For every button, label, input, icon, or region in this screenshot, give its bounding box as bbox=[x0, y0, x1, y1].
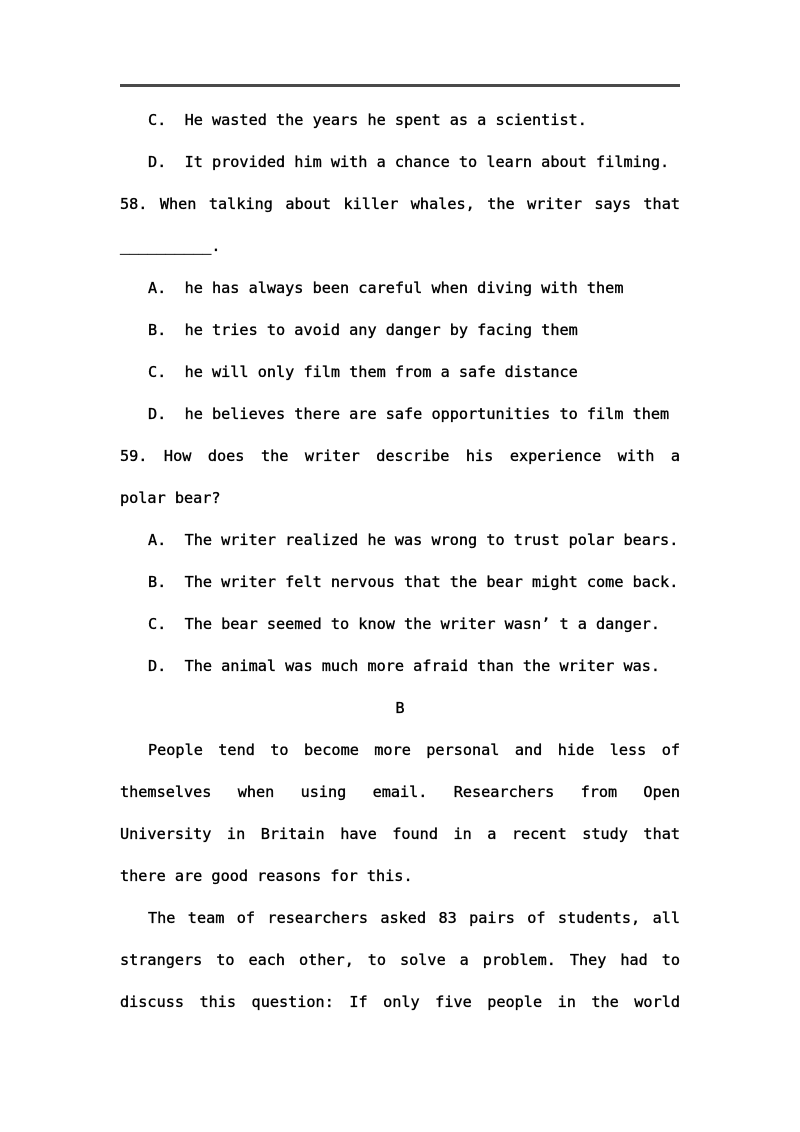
passage-b-para2-line1: The team of researchers asked 83 pairs o… bbox=[120, 897, 680, 939]
question-58: 58. When talking about killer whales, th… bbox=[120, 183, 680, 225]
question-59-option-a: A. The writer realized he was wrong to t… bbox=[120, 519, 680, 561]
question-58-option-a: A. he has always been careful when divin… bbox=[120, 267, 680, 309]
question-59: 59. How does the writer describe his exp… bbox=[120, 435, 680, 477]
document-page: C. He wasted the years he spent as a sci… bbox=[0, 0, 800, 1132]
passage-b-para2-line3: discuss this question: If only five peop… bbox=[120, 981, 680, 1023]
passage-b-para1-line4: there are good reasons for this. bbox=[120, 855, 680, 897]
section-heading-b: B bbox=[120, 687, 680, 729]
question-58-option-b: B. he tries to avoid any danger by facin… bbox=[120, 309, 680, 351]
question-59-option-b: B. The writer felt nervous that the bear… bbox=[120, 561, 680, 603]
passage-b-para1-line1: People tend to become more personal and … bbox=[120, 729, 680, 771]
question-58-option-d: D. he believes there are safe opportunit… bbox=[120, 393, 680, 435]
question-59-option-c: C. The bear seemed to know the writer wa… bbox=[120, 603, 680, 645]
passage-b-para1-line2: themselves when using email. Researchers… bbox=[120, 771, 680, 813]
question-58-blank: __________. bbox=[120, 225, 680, 267]
passage-b-para2-line2: strangers to each other, to solve a prob… bbox=[120, 939, 680, 981]
document-content: C. He wasted the years he spent as a sci… bbox=[120, 84, 680, 1023]
header-rule bbox=[120, 84, 680, 87]
question-58-option-c: C. he will only film them from a safe di… bbox=[120, 351, 680, 393]
question-59-option-d: D. The animal was much more afraid than … bbox=[120, 645, 680, 687]
prev-question-option-d: D. It provided him with a chance to lear… bbox=[120, 141, 680, 183]
prev-question-option-c: C. He wasted the years he spent as a sci… bbox=[120, 99, 680, 141]
passage-b-para1-line3: University in Britain have found in a re… bbox=[120, 813, 680, 855]
question-59-continued: polar bear? bbox=[120, 477, 680, 519]
